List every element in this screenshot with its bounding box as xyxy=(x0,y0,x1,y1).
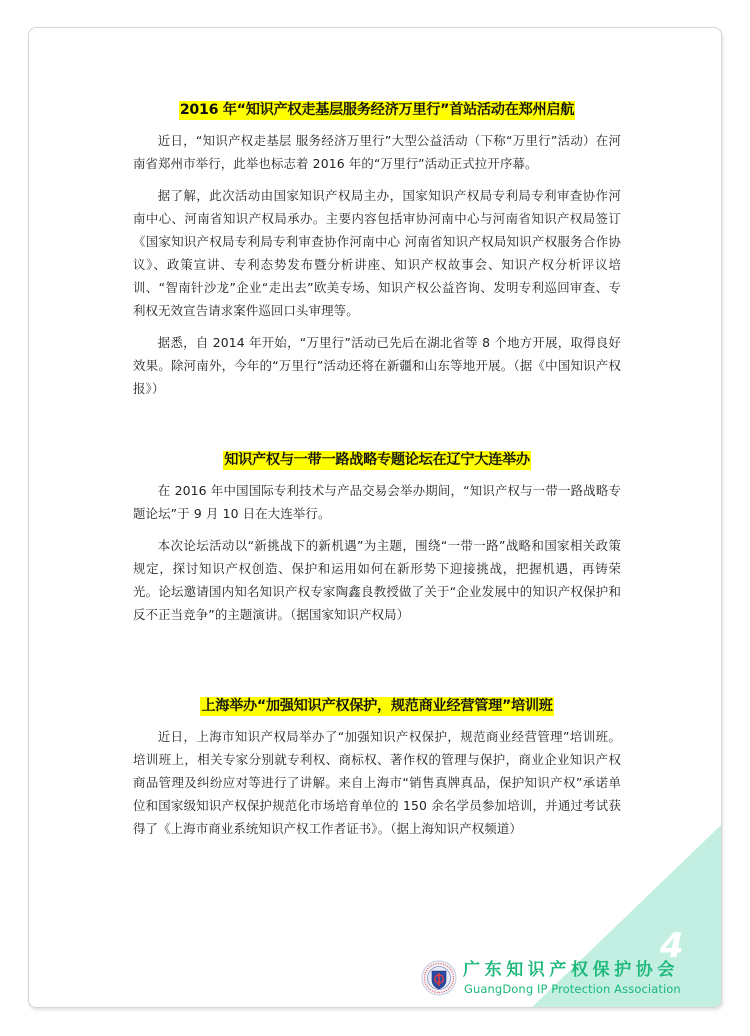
association-emblem-icon xyxy=(421,960,457,996)
page-number: 4 xyxy=(660,926,684,966)
article-paragraph: 在 2016 年中国国际专利技术与产品交易会举办期间，“知识产权与一带一路战略专… xyxy=(133,479,621,525)
article-1: 2016 年“知识产权走基层服务经济万里行”首站活动在郑州启航 近日，“知识产权… xyxy=(133,99,621,409)
article-paragraph: 近日，“知识产权走基层 服务经济万里行”大型公益活动（下称“万里行”活动）在河南… xyxy=(133,129,621,175)
org-name-en: GuangDong IP Protection Association xyxy=(464,982,681,996)
org-name-cn: 广东知识产权保护协会 xyxy=(463,960,679,980)
article-paragraph: 据悉，自 2014 年开始，“万里行”活动已先后在湖北省等 8 个地方开展，取得… xyxy=(133,331,621,400)
article-title: 知识产权与一带一路战略专题论坛在辽宁大连举办 xyxy=(223,451,531,470)
article-title: 上海举办“加强知识产权保护，规范商业经营管理”培训班 xyxy=(200,697,553,716)
article-2: 知识产权与一带一路战略专题论坛在辽宁大连举办 在 2016 年中国国际专利技术与… xyxy=(133,449,621,635)
article-title: 2016 年“知识产权走基层服务经济万里行”首站活动在郑州启航 xyxy=(179,101,575,120)
article-paragraph: 据了解，此次活动由国家知识产权局主办，国家知识产权局专利局专利审查协作河南中心、… xyxy=(133,184,621,322)
article-3: 上海举办“加强知识产权保护，规范商业经营管理”培训班 近日，上海市知识产权局举办… xyxy=(133,695,621,849)
page-card: 2016 年“知识产权走基层服务经济万里行”首站活动在郑州启航 近日，“知识产权… xyxy=(28,27,722,1008)
article-paragraph: 近日，上海市知识产权局举办了“加强知识产权保护，规范商业经营管理”培训班。培训班… xyxy=(133,725,621,840)
article-paragraph: 本次论坛活动以“新挑战下的新机遇”为主题，围绕“一带一路”战略和国家相关政策规定… xyxy=(133,534,621,626)
